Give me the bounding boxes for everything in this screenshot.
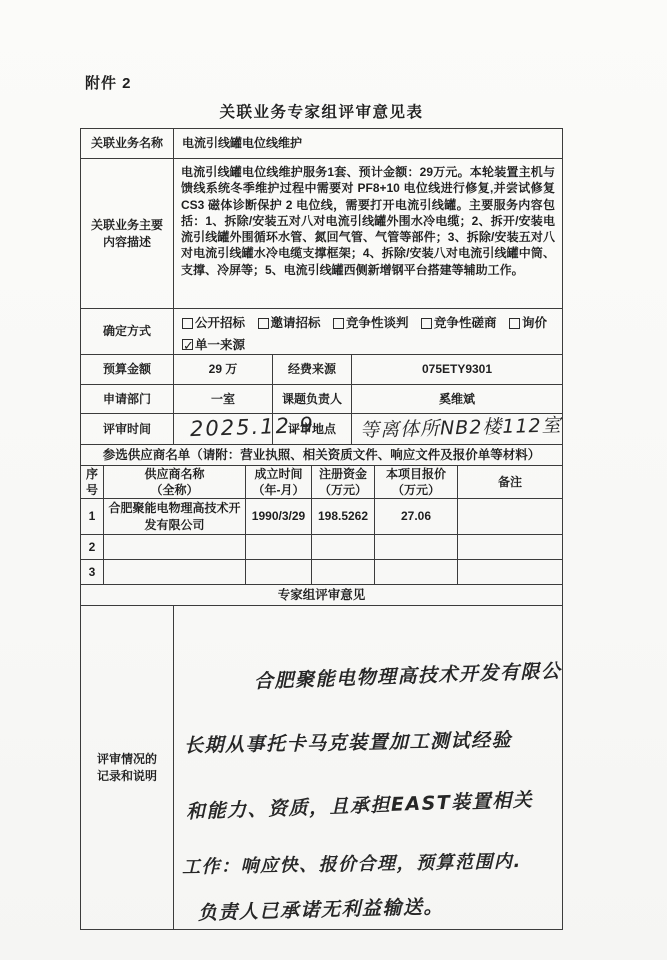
business-name-value: 电流引线罐电位线维护 — [174, 129, 562, 158]
table-row: 预算金额 29 万 经费来源 075ETY9301 — [81, 355, 562, 385]
scanned-document-page: 附件 2 关联业务专家组评审意见表 关联业务名称 电流引线罐电位线维护 关联业务… — [0, 0, 667, 960]
option-label: 竞争性磋商 — [434, 313, 497, 333]
checkbox-icon — [333, 318, 344, 329]
table-row: 确定方式 公开招标 邀请招标 竞争性谈判 竞争性磋商 — [81, 309, 562, 355]
supplier-name: 合肥聚能电物理高技术开发有限公司 — [104, 499, 246, 534]
review-record-label: 评审情况的 记录和说明 — [81, 606, 174, 929]
expert-opinion-banner: 专家组评审意见 — [81, 585, 562, 606]
supplier-list-banner: 参选供应商名单（请附：营业执照、相关资质文件、响应文件及报价单等材料） — [81, 445, 562, 466]
supplier-no: 1 — [81, 499, 104, 534]
determination-options: 公开招标 邀请招标 竞争性谈判 竞争性磋商 询价 — [174, 309, 562, 354]
page-title: 关联业务专家组评审意见表 — [80, 100, 563, 122]
supplier-founded — [246, 560, 312, 584]
option-invited-tender: 邀请招标 — [258, 313, 321, 333]
business-name-label: 关联业务名称 — [81, 129, 174, 158]
col-header-quote: 本项目报价 （万元） — [375, 466, 458, 498]
determination-label: 确定方式 — [81, 309, 174, 354]
budget-value: 29 万 — [174, 355, 273, 384]
leader-label: 课题负责人 — [273, 385, 352, 413]
supplier-quote — [375, 560, 458, 584]
review-record-row: 评审情况的 记录和说明 合肥聚能电物理高技术开发有限公司 长期从事托卡马克装置加… — [81, 606, 562, 929]
expert-opinion-banner-text: 专家组评审意见 — [81, 585, 562, 605]
handwritten-opinion-line: 长期从事托卡马克装置加工测试经验 — [184, 728, 512, 759]
option-single-source: 单一来源 — [182, 335, 245, 355]
col-header-founded: 成立时间 （年-月） — [246, 466, 312, 498]
option-open-tender: 公开招标 — [182, 313, 245, 333]
supplier-row: 3 — [81, 560, 562, 585]
supplier-table-header: 序 号 供应商名称 （全称） 成立时间 （年-月） 注册资金 （万元） 本项目报… — [81, 466, 562, 499]
funding-label: 经费来源 — [273, 355, 352, 384]
table-row: 关联业务主要 内容描述 电流引线罐电位线维护服务1套、预计金额：29万元。本轮装… — [81, 159, 562, 309]
col-header-name: 供应商名称 （全称） — [104, 466, 246, 498]
checkbox-icon — [421, 318, 432, 329]
supplier-quote: 27.06 — [375, 499, 458, 534]
supplier-row: 2 — [81, 535, 562, 560]
review-record-area: 合肥聚能电物理高技术开发有限公司 长期从事托卡马克装置加工测试经验 和能力、资质… — [174, 606, 562, 929]
supplier-note — [458, 535, 562, 559]
supplier-capital: 198.5262 — [312, 499, 375, 534]
supplier-name — [104, 535, 246, 559]
supplier-name — [104, 560, 246, 584]
supplier-capital — [312, 535, 375, 559]
option-label: 公开招标 — [195, 313, 245, 333]
supplier-founded: 1990/3/29 — [246, 499, 312, 534]
attachment-label: 附件 2 — [85, 72, 132, 93]
leader-value: 奚维斌 — [352, 385, 562, 413]
option-label: 询价 — [522, 313, 547, 333]
supplier-note — [458, 499, 562, 534]
supplier-quote — [375, 535, 458, 559]
department-label: 申请部门 — [81, 385, 174, 413]
supplier-row: 1 合肥聚能电物理高技术开发有限公司 1990/3/29 198.5262 27… — [81, 499, 562, 535]
option-competitive-negotiation: 竞争性谈判 — [333, 313, 409, 333]
handwritten-review-time: 2025.12.9 — [190, 413, 316, 441]
checkbox-icon — [258, 318, 269, 329]
handwritten-opinion-line: 负责人已承诺无利益输送。 — [198, 895, 445, 927]
supplier-note — [458, 560, 562, 584]
table-row: 关联业务名称 电流引线罐电位线维护 — [81, 129, 562, 159]
supplier-capital — [312, 560, 375, 584]
supplier-no: 2 — [81, 535, 104, 559]
col-header-capital: 注册资金 （万元） — [312, 466, 375, 498]
option-label: 单一来源 — [195, 335, 245, 355]
option-label: 竞争性谈判 — [346, 313, 409, 333]
handwritten-opinion-line: 工作：响应快、报价合理，预算范围内. — [182, 850, 522, 880]
handwritten-opinion-line: 和能力、资质，且承担EAST装置相关 — [186, 788, 534, 826]
supplier-founded — [246, 535, 312, 559]
budget-label: 预算金额 — [81, 355, 174, 384]
checkbox-checked-icon — [182, 339, 193, 350]
col-header-no: 序 号 — [81, 466, 104, 498]
review-time-label: 评审时间 — [81, 414, 174, 444]
description-value: 电流引线罐电位线维护服务1套、预计金额：29万元。本轮装置主机与馈线系统冬季维护… — [174, 159, 562, 308]
option-competitive-consultation: 竞争性磋商 — [421, 313, 497, 333]
checkbox-icon — [182, 318, 193, 329]
option-inquiry: 询价 — [509, 313, 547, 333]
funding-value: 075ETY9301 — [352, 355, 562, 384]
table-row: 申请部门 一室 课题负责人 奚维斌 — [81, 385, 562, 414]
option-label: 邀请招标 — [271, 313, 321, 333]
description-label: 关联业务主要 内容描述 — [81, 159, 174, 308]
handwritten-opinion-line: 合肥聚能电物理高技术开发有限公司 — [254, 658, 562, 695]
supplier-no: 3 — [81, 560, 104, 584]
col-header-note: 备注 — [458, 466, 562, 498]
checkbox-icon — [509, 318, 520, 329]
review-form-table: 关联业务名称 电流引线罐电位线维护 关联业务主要 内容描述 电流引线罐电位线维护… — [80, 128, 563, 930]
department-value: 一室 — [174, 385, 273, 413]
supplier-list-banner-text: 参选供应商名单（请附：营业执照、相关资质文件、响应文件及报价单等材料） — [81, 445, 562, 465]
handwritten-review-place: 等离体所NB2楼112室 — [360, 410, 562, 442]
